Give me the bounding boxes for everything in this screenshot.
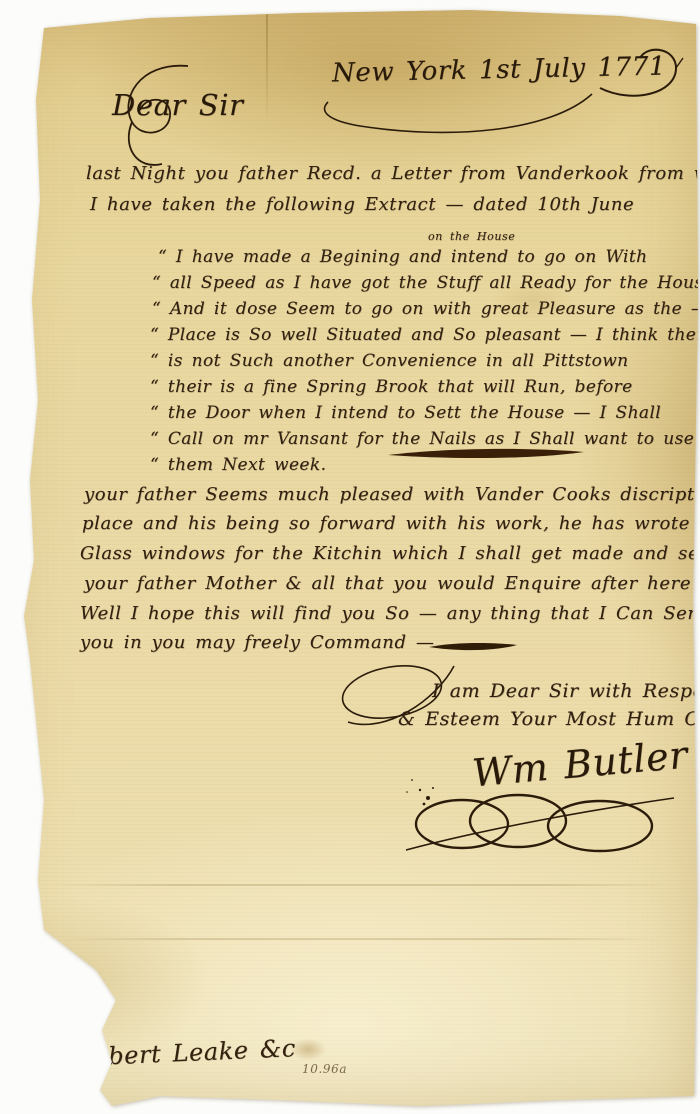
extract-line-6: “ their is a fine Spring Brook that will… (150, 377, 633, 397)
intro-line-1: last Night you father Recd. a Letter fro… (86, 163, 700, 184)
letter-paper: New York 1st July 1771 Dear Sir (0, 0, 700, 1114)
signature: Wm Butler (470, 733, 689, 796)
ink-spatter-icon (398, 762, 448, 812)
body-line-4: your father Mother & all that you would … (84, 573, 700, 594)
extract-end-dash-icon (386, 446, 586, 462)
paper-shadow-wrap: New York 1st July 1771 Dear Sir (0, 0, 700, 1114)
salutation-capital-flourish-icon (118, 60, 218, 180)
extract-line-7: “ the Door when I intend to Sett the Hou… (150, 403, 661, 423)
body-line-5: Well I hope this will find you So — any … (80, 603, 700, 624)
body-line-2: place and his being so forward with his … (82, 513, 700, 534)
extract-line-4: “ Place is So well Situated and So pleas… (150, 325, 700, 345)
extract-line-5: “ is not Such another Convenience in all… (150, 351, 629, 371)
closing-line-1: I am Dear Sir with Respect (432, 680, 700, 702)
command-end-dash-icon (428, 641, 518, 653)
intro-line-2: I have taken the following Extract — dat… (90, 194, 634, 215)
interlinear-insertion: on the House (428, 230, 515, 243)
extract-line-2: “ all Speed as I have got the Stuff all … (152, 273, 700, 293)
extract-line-9: “ them Next week. (150, 455, 326, 475)
fold-crease-horizontal-1 (50, 884, 670, 886)
top-right-swash-icon (596, 40, 686, 112)
body-line-6: you in you may freely Command — (80, 632, 435, 653)
extract-line-1: “ I have made a Begining and intend to g… (158, 247, 647, 267)
closing-line-2: & Esteem Your Most Hum Obt Servt (398, 708, 700, 730)
body-line-1: your father Seems much pleased with Vand… (84, 484, 700, 505)
docket-recipient: Mr Robert Leake &c (26, 1034, 297, 1074)
date-underline-flourish-icon (300, 88, 600, 148)
extract-line-3: “ And it dose Seem to go on with great P… (152, 299, 700, 319)
fold-crease-horizontal-2 (60, 938, 660, 940)
scan-background: New York 1st July 1771 Dear Sir (0, 0, 700, 1114)
pencil-annotation: 10.96a (302, 1062, 347, 1076)
body-line-3: Glass windows for the Kitchin which I sh… (80, 543, 700, 564)
fold-crease-vertical (266, 14, 268, 124)
